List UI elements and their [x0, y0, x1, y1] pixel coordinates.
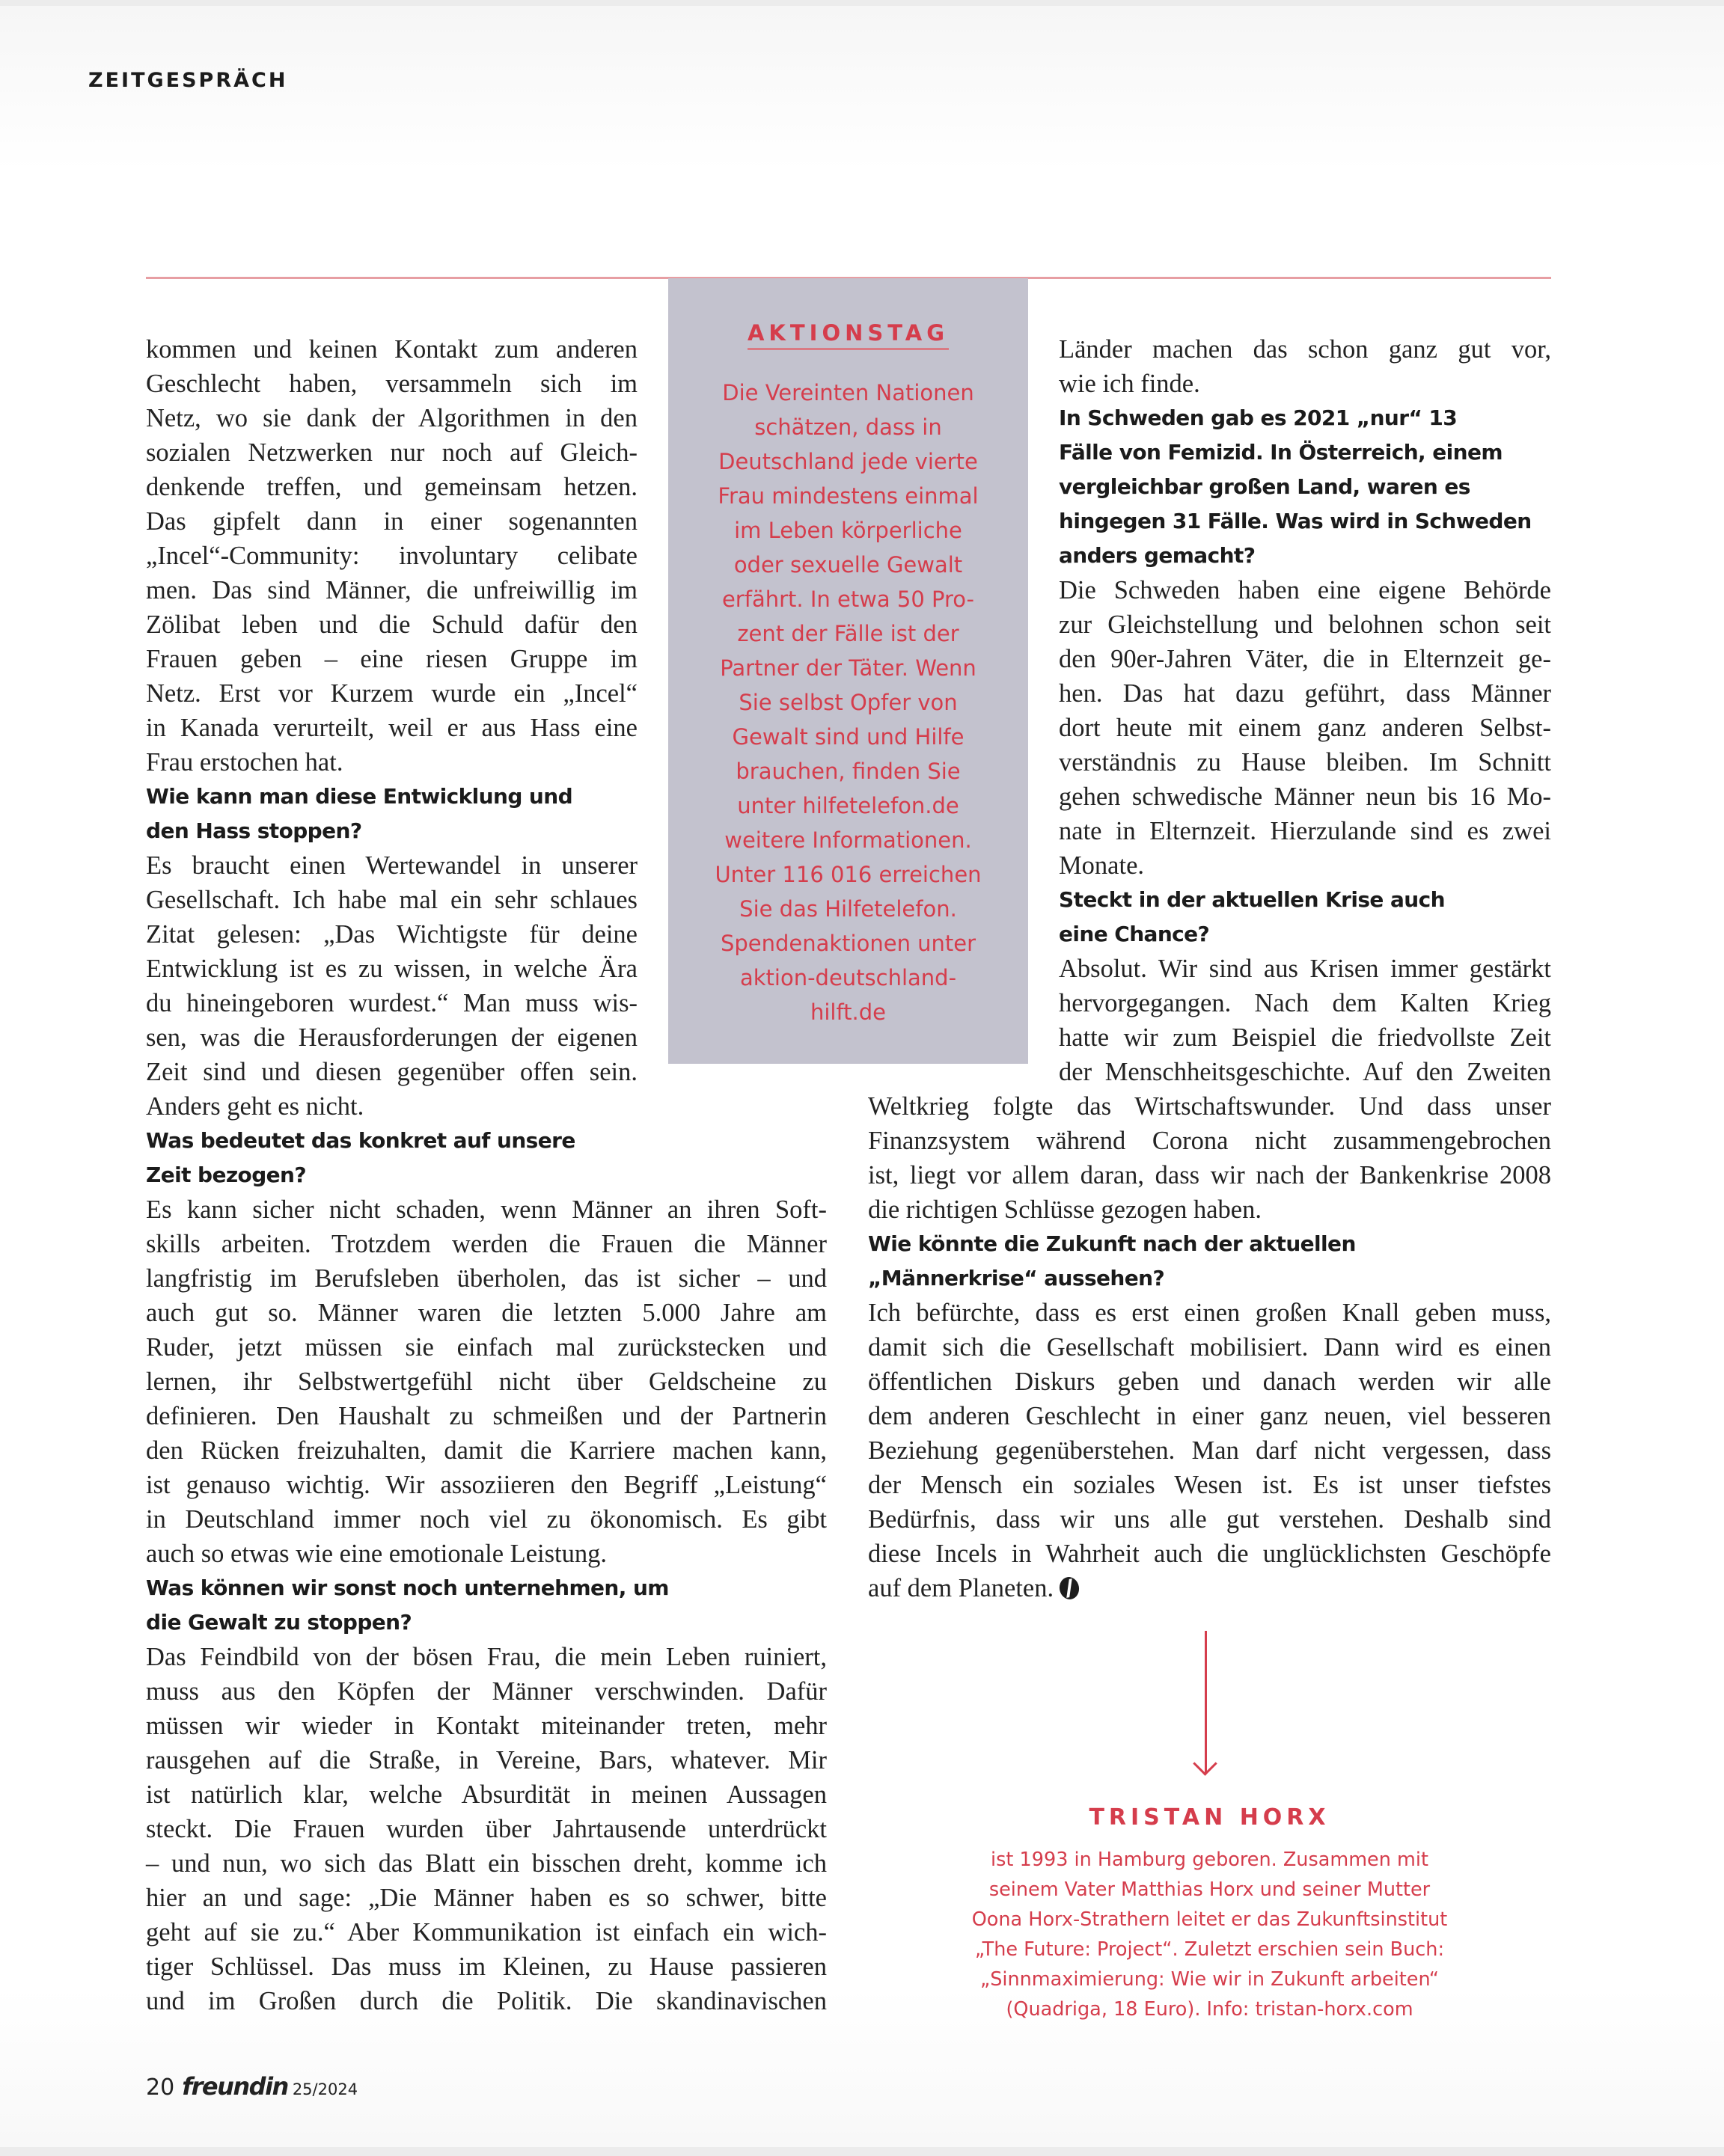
- body-text-line: die richtigen Schlüsse gezogen haben.: [868, 1192, 1551, 1227]
- interview-question-line: Steckt in der aktuellen Krise auch: [1059, 883, 1551, 917]
- sidebar-text-line: Spendenaktionen unter: [668, 926, 1028, 961]
- sidebar-text-line: Partner der Täter. Wenn: [668, 651, 1028, 685]
- body-text-line: Geschlecht haben, versammeln sich im: [146, 367, 638, 401]
- body-text-line: den Rücken freizuhalten, damit die Karri…: [146, 1433, 827, 1468]
- sidebar-text-line: Sie selbst Opfer von: [668, 685, 1028, 720]
- body-text-line: damit sich die Gesellschaft mobilisiert.…: [868, 1330, 1551, 1365]
- body-text-line: in Deutschland immer noch viel zu ökonom…: [146, 1502, 827, 1537]
- issue-number: 25/2024: [293, 2080, 358, 2098]
- sidebar-text-line: Die Vereinten Nationen: [668, 376, 1028, 410]
- bio-text-line: (Quadriga, 18 Euro). Info: tristan-horx.…: [868, 1994, 1551, 2024]
- body-text-line: nate in Elternzeit. Hierzulande sind es …: [1059, 814, 1551, 848]
- author-name: TRISTAN HORX: [868, 1804, 1551, 1831]
- body-text-line: Das gipfelt dann in einer sogenannten: [146, 504, 638, 539]
- interview-question-line: Fälle von Femizid. In Österreich, einem: [1059, 435, 1551, 470]
- body-text-line: „Incel“-Community: involuntary celibate: [146, 539, 638, 573]
- body-text-line: der Mensch ein soziales Wesen ist. Es is…: [868, 1468, 1551, 1502]
- bio-text-line: ist 1993 in Hamburg geboren. Zusammen mi…: [868, 1845, 1551, 1875]
- left-column-wide: Es kann sicher nicht schaden, wenn Männe…: [146, 1192, 827, 2018]
- body-text-line: Es kann sicher nicht schaden, wenn Männe…: [146, 1192, 827, 1227]
- interview-question-line: Was bedeutet das konkret auf unsere: [146, 1124, 638, 1158]
- sidebar-text-line: Deutschland jede vierte: [668, 444, 1028, 479]
- body-text-line: Zölibat leben und die Schuld dafür den: [146, 607, 638, 642]
- body-text-line: und im Großen durch die Politik. Die ska…: [146, 1984, 827, 2018]
- body-text-line: hatte wir zum Beispiel die friedvollste …: [1059, 1020, 1551, 1055]
- sidebar-body: Die Vereinten Nationenschätzen, dass inD…: [668, 376, 1028, 1029]
- brand-logo: freundin: [182, 2072, 288, 2101]
- body-text-line: geht auf sie zu.“ Aber Kommunikation ist…: [146, 1915, 827, 1950]
- interview-question-line: eine Chance?: [1059, 917, 1551, 952]
- body-text-line: Netz, wo sie dank der Algorithmen in den: [146, 401, 638, 435]
- body-text-line: Weltkrieg folgte das Wirtschaftswunder. …: [868, 1089, 1551, 1124]
- interview-question-line: Zeit bezogen?: [146, 1158, 638, 1192]
- body-text-line: müssen wir wieder in Kontakt miteinander…: [146, 1709, 827, 1743]
- body-text-line: Ich befürchte, dass es erst einen großen…: [868, 1296, 1551, 1330]
- magazine-page: ZEITGESPRÄCH kommen und keinen Kontakt z…: [0, 6, 1724, 2147]
- interview-question-line: anders gemacht?: [1059, 539, 1551, 573]
- body-text-line: zur Gleichstellung und belohnen schon se…: [1059, 607, 1551, 642]
- body-text-line: dem anderen Geschlecht in einer ganz neu…: [868, 1399, 1551, 1433]
- arrow-down-head: [1193, 1751, 1217, 1776]
- sidebar-text-line: aktion-deutschland-: [668, 961, 1028, 995]
- freundin-endmark-icon: [1058, 1575, 1081, 1601]
- body-text-line: ist natürlich klar, welche Absurdität in…: [146, 1777, 827, 1812]
- left-column-narrow: kommen und keinen Kontakt zum anderenGes…: [146, 332, 638, 1192]
- body-text-line: den 90er-Jahren Väter, die in Elternzeit…: [1059, 642, 1551, 676]
- body-text-line: rausgehen auf die Straße, in Vereine, Ba…: [146, 1743, 827, 1777]
- body-text-line: Absolut. Wir sind aus Krisen immer gestä…: [1059, 952, 1551, 986]
- sidebar-text-line: erfährt. In etwa 50 Pro-: [668, 582, 1028, 616]
- final-line: auf dem Planeten.: [868, 1574, 1054, 1602]
- bio-text-line: seinem Vater Matthias Horx und seiner Mu…: [868, 1875, 1551, 1905]
- sidebar-text-line: Frau mindestens einmal: [668, 479, 1028, 513]
- sidebar-text-line: hilft.de: [668, 995, 1028, 1029]
- body-text-line: gehen schwedische Männer neun bis 16 Mo-: [1059, 780, 1551, 814]
- interview-question-line: vergleichbar großen Land, waren es: [1059, 470, 1551, 504]
- body-text-line: Zeit sind und diesen gegenüber offen sei…: [146, 1055, 638, 1089]
- body-text-line: Beziehung gegenüberstehen. Man darf nich…: [868, 1433, 1551, 1468]
- interview-question-line: In Schweden gab es 2021 „nur“ 13: [1059, 401, 1551, 435]
- sidebar-text-line: zent der Fälle ist der: [668, 616, 1028, 651]
- body-text-line: Anders geht es nicht.: [146, 1089, 638, 1124]
- body-text-line: Monate.: [1059, 848, 1551, 883]
- page-footer: 20freundin25/2024: [146, 2072, 358, 2101]
- body-text-line: wie ich finde.: [1059, 367, 1551, 401]
- bio-text-line: Oona Horx-Strathern leitet er das Zukunf…: [868, 1905, 1551, 1935]
- interview-question-line: hingegen 31 Fälle. Was wird in Schweden: [1059, 504, 1551, 539]
- body-text-line: diese Incels in Wahrheit auch die unglüc…: [868, 1537, 1551, 1571]
- right-column-final: auf dem Planeten.: [868, 1571, 1551, 1605]
- interview-question-line: die Gewalt zu stoppen?: [146, 1605, 827, 1640]
- body-text-line: Gesellschaft. Ich habe mal ein sehr schl…: [146, 883, 638, 917]
- body-text-line: Länder machen das schon ganz gut vor,: [1059, 332, 1551, 367]
- body-text-line: Frau erstochen hat.: [146, 745, 638, 780]
- body-text-line: – und nun, wo sich das Blatt ein bissche…: [146, 1846, 827, 1881]
- body-text-line: auch gut so. Männer waren die letzten 5.…: [146, 1296, 827, 1330]
- page-number: 20: [146, 2074, 174, 2101]
- sidebar-text-line: unter hilfetelefon.de: [668, 788, 1028, 823]
- body-text-line: Frauen geben – eine riesen Gruppe im: [146, 642, 638, 676]
- body-text-line: skills arbeiten. Trotzdem werden die Fra…: [146, 1227, 827, 1261]
- body-text-line: hervorgegangen. Nach dem Kalten Krieg: [1059, 986, 1551, 1020]
- body-text-line: Entwicklung ist es zu wissen, in welche …: [146, 952, 638, 986]
- body-text-line: Das Feindbild von der bösen Frau, die me…: [146, 1640, 827, 1674]
- interview-question-line: den Hass stoppen?: [146, 814, 638, 848]
- body-text-line: muss aus den Köpfen der Männer verschwin…: [146, 1674, 827, 1709]
- sidebar-text-line: im Leben körperliche: [668, 513, 1028, 548]
- body-text-line: sen, was die Herausforderungen der eigen…: [146, 1020, 638, 1055]
- sidebar-text-line: Unter 116 016 erreichen: [668, 857, 1028, 892]
- body-text-line: ist genauso wichtig. Wir assoziieren den…: [146, 1468, 827, 1502]
- body-text-line: Es braucht einen Wertewandel in unserer: [146, 848, 638, 883]
- interview-question-line: „Männerkrise“ aussehen?: [868, 1261, 1551, 1296]
- body-text-line: kommen und keinen Kontakt zum anderen: [146, 332, 638, 367]
- body-text-line: verständnis zu Hause bleiben. Im Schnitt: [1059, 745, 1551, 780]
- body-text-line: öffentlichen Diskurs geben und danach we…: [868, 1365, 1551, 1399]
- body-text-line: in Kanada verurteilt, weil er aus Hass e…: [146, 711, 638, 745]
- bio-text-line: „Sinnmaximierung: Wie wir in Zukunft arb…: [868, 1964, 1551, 1994]
- body-text-line: du hineingeboren wurdest.“ Man muss wis-: [146, 986, 638, 1020]
- body-text-line: auch so etwas wie eine emotionale Leistu…: [146, 1537, 827, 1571]
- body-text-line: der Menschheitsgeschichte. Auf den Zweit…: [1059, 1055, 1551, 1089]
- body-text-line: Bedürfnis, dass wir uns alle gut versteh…: [868, 1502, 1551, 1537]
- body-text-line: lernen, ihr Selbstwertgefühl nicht über …: [146, 1365, 827, 1399]
- body-text-line: definieren. Den Haushalt zu schmeißen un…: [146, 1399, 827, 1433]
- section-kicker: ZEITGESPRÄCH: [88, 69, 287, 92]
- body-text-line: hen. Das hat dazu geführt, dass Männer: [1059, 676, 1551, 711]
- body-text-line: Zitat gelesen: „Das Wichtigste für deine: [146, 917, 638, 952]
- sidebar-text-line: oder sexuelle Gewalt: [668, 548, 1028, 582]
- sidebar-text-line: schätzen, dass in: [668, 410, 1028, 444]
- aktionstag-sidebar: AKTIONSTAG Die Vereinten Nationenschätze…: [668, 278, 1028, 1064]
- body-text-line: denkende treffen, und gemeinsam hetzen.: [146, 470, 638, 504]
- sidebar-text-line: Gewalt sind und Hilfe: [668, 720, 1028, 754]
- body-text-line: hier an und sage: „Die Männer haben es s…: [146, 1881, 827, 1915]
- sidebar-text-line: weitere Informationen.: [668, 823, 1028, 857]
- right-column-narrow: Länder machen das schon ganz gut vor,wie…: [1059, 332, 1551, 1089]
- body-text-line: sozialen Netzwerken nur noch auf Gleich-: [146, 435, 638, 470]
- author-bio: ist 1993 in Hamburg geboren. Zusammen mi…: [868, 1845, 1551, 2024]
- body-text-line: steckt. Die Frauen wurden über Jahrtause…: [146, 1812, 827, 1846]
- bio-text-line: „The Future: Project“. Zuletzt erschien …: [868, 1935, 1551, 1964]
- right-column-wide: Weltkrieg folgte das Wirtschaftswunder. …: [868, 1089, 1551, 1571]
- body-text-line: tiger Schlüssel. Das muss im Kleinen, zu…: [146, 1950, 827, 1984]
- interview-question-line: Wie könnte die Zukunft nach der aktuelle…: [868, 1227, 1551, 1261]
- interview-question-line: Wie kann man diese Entwicklung und: [146, 780, 638, 814]
- body-text-line: ist, liegt vor allem daran, dass wir nac…: [868, 1158, 1551, 1192]
- body-text-line: langfristig im Berufsleben überholen, da…: [146, 1261, 827, 1296]
- sidebar-text-line: Sie das Hilfetelefon.: [668, 892, 1028, 926]
- body-text-line: dort heute mit einem ganz anderen Selbst…: [1059, 711, 1551, 745]
- sidebar-text-line: brauchen, finden Sie: [668, 754, 1028, 788]
- body-text-line: Ruder, jetzt müssen sie einfach mal zurü…: [146, 1330, 827, 1365]
- body-text-line: Die Schweden haben eine eigene Behörde: [1059, 573, 1551, 607]
- interview-question-line: Was können wir sonst noch unternehmen, u…: [146, 1571, 827, 1605]
- body-text-line: Finanzsystem während Corona nicht zusamm…: [868, 1124, 1551, 1158]
- sidebar-title: AKTIONSTAG: [668, 320, 1028, 346]
- body-text-line: Netz. Erst vor Kurzem wurde ein „Incel“: [146, 676, 638, 711]
- body-text-line: men. Das sind Männer, die unfreiwillig i…: [146, 573, 638, 607]
